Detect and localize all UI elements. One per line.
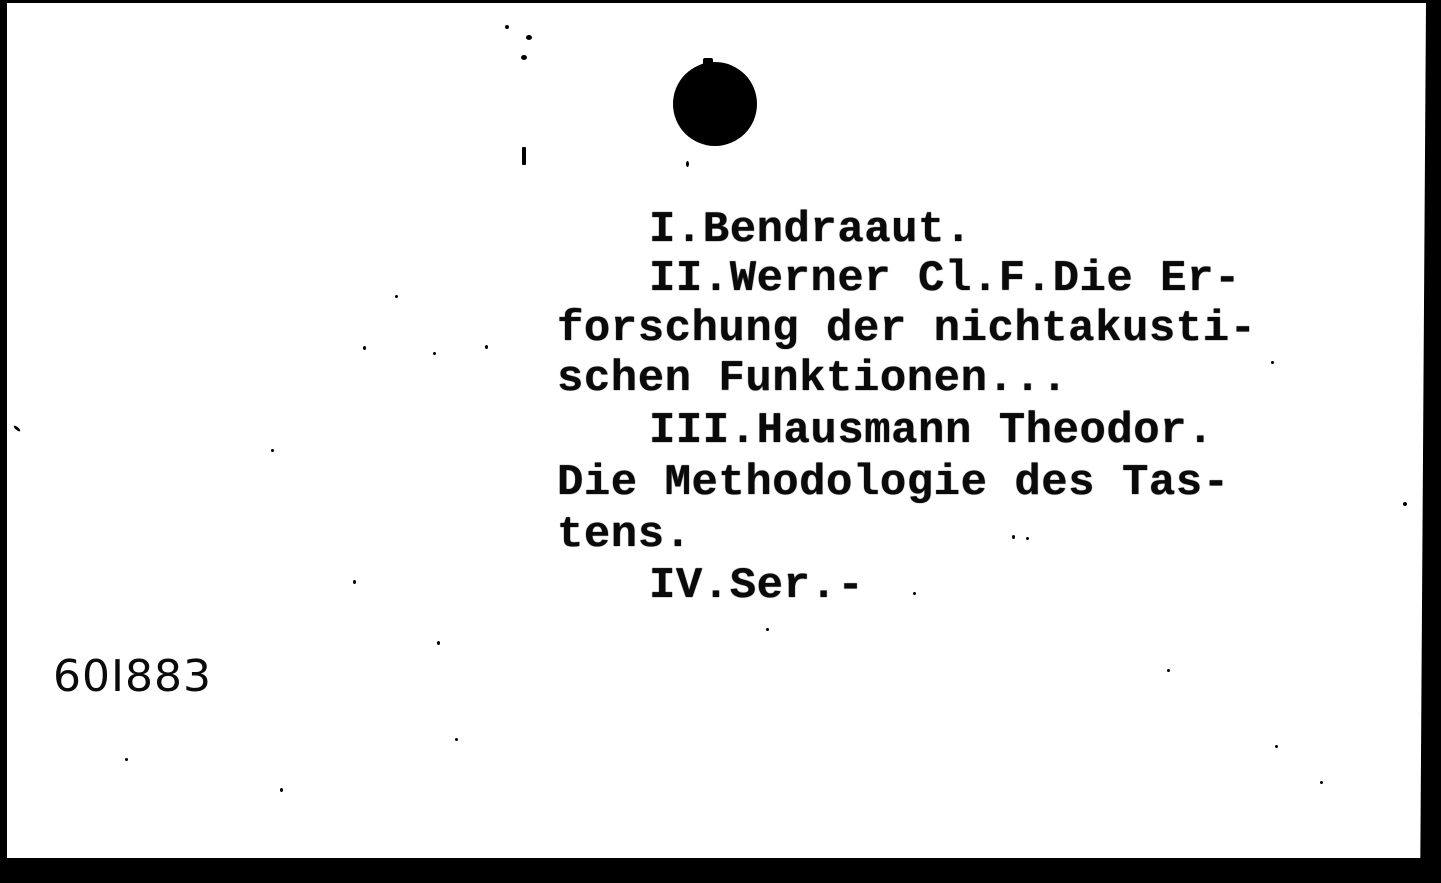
scan-speck [913, 592, 916, 595]
scan-speck [125, 758, 128, 761]
scan-speck [271, 449, 274, 452]
entry-line-4: schen Funktionen... [557, 355, 1068, 403]
scan-speck [766, 628, 769, 631]
scan-speck [1275, 745, 1278, 748]
entry-line-3: forschung der nichtakusti- [557, 305, 1257, 353]
scan-speck [1403, 502, 1407, 506]
scan-speck [526, 35, 532, 40]
scan-speck [363, 346, 366, 350]
scan-speck [437, 641, 440, 645]
entry-line-2: II.Werner Cl.F.Die Er- [649, 255, 1241, 303]
accession-number: 60I883 [53, 651, 212, 702]
scan-speck [1026, 537, 1029, 540]
entry-line-1: I.Bendraaut. [649, 206, 972, 254]
scan-speck [522, 147, 526, 165]
scan-speck [353, 580, 356, 584]
catalog-card: I.Bendraaut. II.Werner Cl.F.Die Er- fors… [7, 3, 1426, 858]
scan-speck [395, 295, 398, 298]
entry-line-8: IV.Ser.- [649, 562, 864, 610]
scan-speck [433, 352, 436, 355]
scan-speck [485, 345, 488, 349]
scan-speck [686, 161, 689, 167]
scan-speck [455, 738, 458, 741]
scan-speck [13, 425, 21, 432]
entry-line-6: Die Methodologie des Tas- [557, 459, 1230, 507]
entry-line-5: III.Hausmann Theodor. [649, 407, 1214, 455]
scan-speck [1167, 669, 1170, 672]
scan-speck [505, 25, 509, 29]
scan-speck [280, 788, 283, 792]
entry-line-7: tens. [557, 511, 692, 559]
punch-hole [673, 62, 757, 146]
scan-speck [1271, 361, 1274, 364]
scan-speck [1320, 781, 1323, 784]
scan-speck [521, 55, 527, 60]
scan-speck [1012, 535, 1015, 539]
